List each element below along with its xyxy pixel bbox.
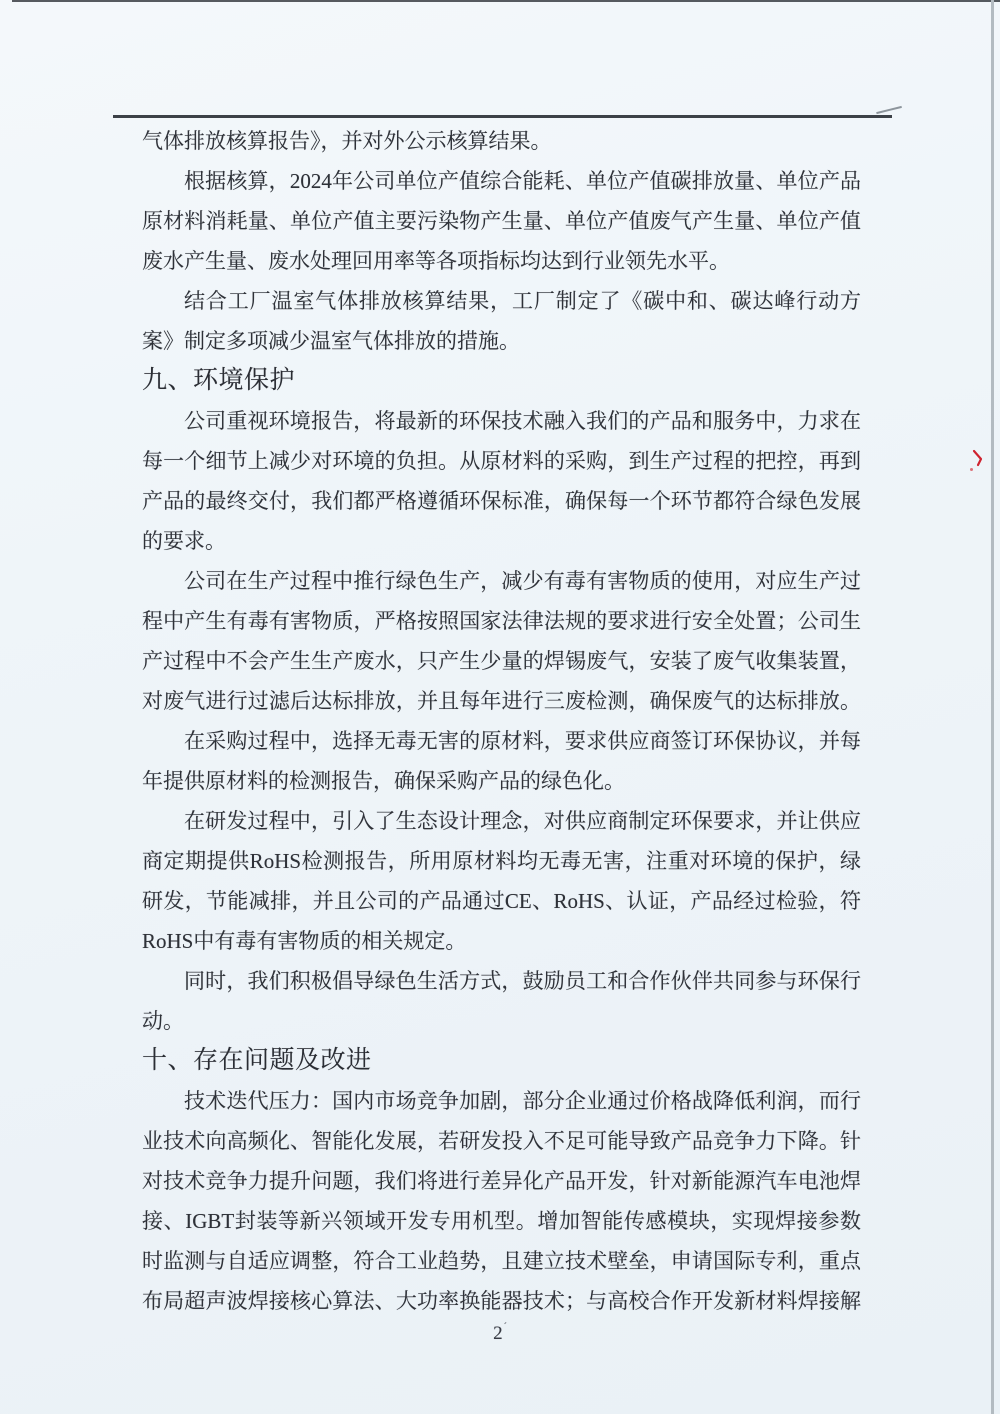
section-heading-problems-improvement: 十、存在问题及改进 xyxy=(142,1041,861,1081)
header-rule xyxy=(113,115,892,118)
paragraph-line: 产品的最终交付，我们都严格遵循环保标准，确保每一个环节都符合绿色发展 xyxy=(142,481,861,521)
paragraph-line: 公司在生产过程中推行绿色生产，减少有毒有害物质的使用，对应生产过 xyxy=(142,561,861,601)
paragraph-line: 每一个细节上减少对环境的负担。从原材料的采购，到生产过程的把控，再到 xyxy=(142,441,861,481)
paragraph-line: 公司重视环境报告，将最新的环保技术融入我们的产品和服务中，力求在 xyxy=(142,401,861,441)
paragraph-line: 废水产生量、废水处理回用率等各项指标均达到行业领先水平。 xyxy=(142,241,861,281)
paragraph-line: 技术迭代压力：国内市场竞争加剧，部分企业通过价格战降低利润，而行 xyxy=(142,1081,861,1121)
page-footer: 2ˊ xyxy=(0,1314,1000,1348)
document-body: 气体排放核算报告》，并对外公示核算结果。 根据核算，2024年公司单位产值综合能… xyxy=(142,121,861,1321)
scan-top-edge-line xyxy=(12,0,1000,2)
page-number: 2 xyxy=(493,1323,503,1344)
paragraph-line: 年提供原材料的检测报告，确保采购产品的绿色化。 xyxy=(142,761,861,801)
red-pen-mark-icon xyxy=(972,449,986,476)
paragraph-line: 对废气进行过滤后达标排放，并且每年进行三废检测，确保废气的达标排放。 xyxy=(142,681,861,721)
red-speck xyxy=(970,468,973,471)
paragraph-line: 在采购过程中，选择无毒无害的原材料，要求供应商签订环保协议，并每 xyxy=(142,721,861,761)
scan-right-edge-line xyxy=(991,0,994,1414)
header-rule-tick xyxy=(876,106,902,114)
paragraph-line: 产过程中不会产生生产废水，只产生少量的焊锡废气，安装了废气收集装置， xyxy=(142,641,861,681)
paragraph-line: 根据核算，2024年公司单位产值综合能耗、单位产值碳排放量、单位产品 xyxy=(142,161,861,201)
paragraph-line: 同时，我们积极倡导绿色生活方式，鼓励员工和合作伙伴共同参与环保行 xyxy=(142,961,861,1001)
section-heading-environment: 九、环境保护 xyxy=(142,361,861,401)
paragraph-line: 商定期提供RoHS检测报告，所用原材料均无毒无害，注重对环境的保护，绿色 xyxy=(142,841,861,881)
paragraph-line: 的要求。 xyxy=(142,521,861,561)
paragraph-line: RoHS中有毒有害物质的相关规定。 xyxy=(142,921,861,961)
paragraph-line: 结合工厂温室气体排放核算结果，工厂制定了《碳中和、碳达峰行动方 xyxy=(142,281,861,321)
paragraph-line: 程中产生有毒有害物质，严格按照国家法律法规的要求进行安全处置；公司生 xyxy=(142,601,861,641)
paragraph-line: 时监测与自适应调整，符合工业趋势，且建立技术壁垒，申请国际专利，重点 xyxy=(142,1241,861,1281)
scanned-document-page: 气体排放核算报告》，并对外公示核算结果。 根据核算，2024年公司单位产值综合能… xyxy=(0,0,1000,1414)
paragraph-line: 动。 xyxy=(142,1001,861,1041)
paragraph-line: 案》制定多项减少温室气体排放的措施。 xyxy=(142,321,861,361)
paragraph-line: 业技术向高频化、智能化发展，若研发投入不足可能导致产品竞争力下降。针 xyxy=(142,1121,861,1161)
paragraph-line: 对技术竞争力提升问题，我们将进行差异化产品开发，针对新能源汽车电池焊 xyxy=(142,1161,861,1201)
paragraph-line: 原材料消耗量、单位产值主要污染物产生量、单位产值废气产生量、单位产值 xyxy=(142,201,861,241)
stray-scan-mark: ˊ xyxy=(504,1322,507,1333)
paragraph-line: 接、IGBT封装等新兴领域开发专用机型。增加智能传感模块，实现焊接参数实 xyxy=(142,1201,861,1241)
paragraph-line: 研发，节能减排，并且公司的产品通过CE、RoHS、认证，产品经过检验，符合 xyxy=(142,881,861,921)
paragraph-line: 在研发过程中，引入了生态设计理念，对供应商制定环保要求，并让供应 xyxy=(142,801,861,841)
paragraph-line: 气体排放核算报告》，并对外公示核算结果。 xyxy=(142,121,861,161)
